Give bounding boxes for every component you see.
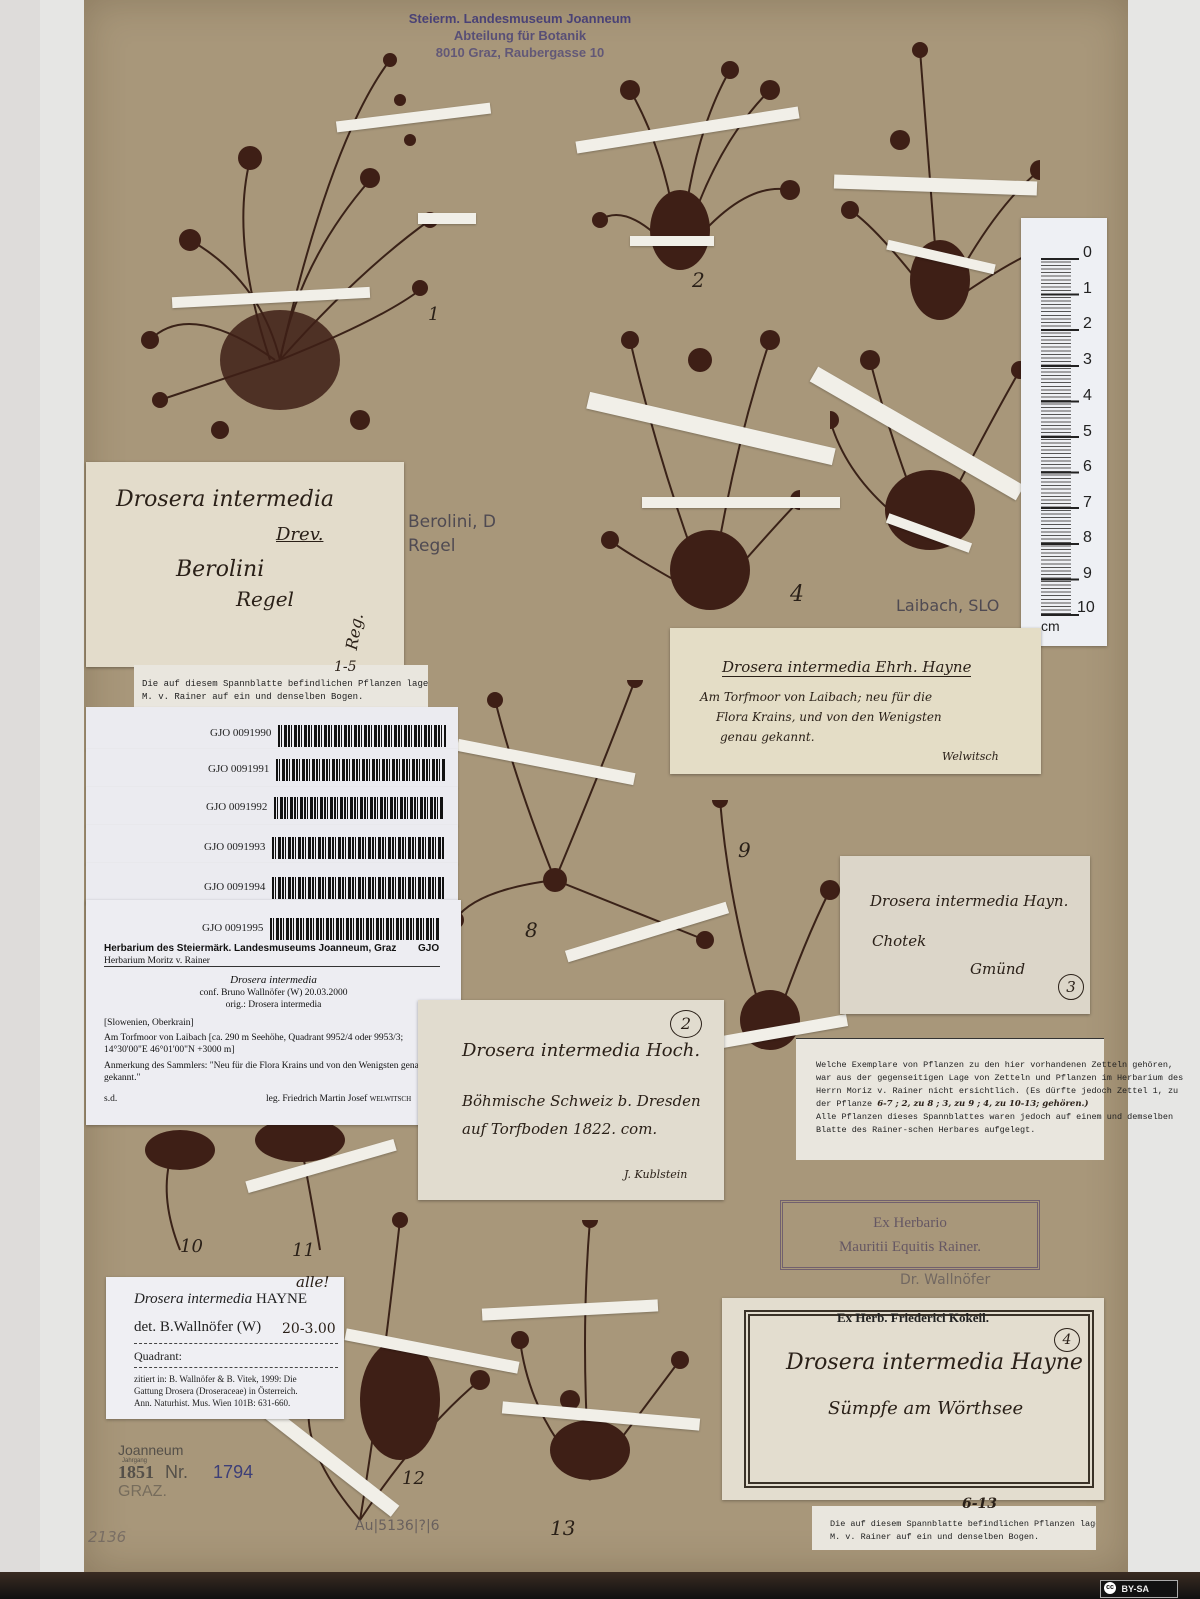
printed-note-mid-line6: Blatte des Rainer-schen Herbares aufgele… [816, 1124, 1104, 1137]
pencil-note-laibach: Laibach, SLO [896, 596, 999, 615]
barcode-icon [278, 725, 446, 747]
label-hochstetter-habitat: auf Torfboden 1822. com. [462, 1120, 657, 1138]
label-laibach-title: Drosera intermedia Ehrh. Hayne [722, 658, 971, 677]
locality: Am Torfmoor von Laibach [ca. 290 m Seehö… [104, 1032, 444, 1056]
barcode-label: GJO 0091994 [86, 863, 458, 904]
label-hochstetter-locality: Böhmische Schweiz b. Dresden [462, 1092, 701, 1110]
printed-note-bottom-annotation: 6-13 [962, 1498, 997, 1511]
label-laibach-line2: Flora Krains, und von den Wenigsten [716, 710, 942, 724]
det-taxon: Drosera intermedia [134, 1291, 252, 1307]
printed-note-top-line1: Die auf diesem Spannblatte befindlichen … [142, 678, 428, 691]
barcode-icon [276, 759, 446, 781]
plant-specimen-1 [130, 40, 460, 460]
printed-note-mid-line4-values: 6-7 ; 2, zu 8 ; 3, zu 9 ; 4, zu 10-13; g… [877, 1099, 1088, 1109]
barcode-label: GJO 0091991 [86, 749, 458, 788]
joanneum-nr-label: Nr. [165, 1462, 188, 1482]
barcode-label: GJO 0091990 [86, 707, 458, 750]
collection-date: s.d. [104, 1094, 117, 1104]
det-date: 20-3.00 [282, 1321, 336, 1337]
label-berolini-author: Drev. [276, 524, 323, 545]
barcode-label: GJO 0091992 [86, 787, 458, 826]
pencil-note-berolini-line2: Regel [408, 534, 496, 558]
specimen-number-1: 1 [428, 304, 439, 325]
joanneum-nr-value: 1794 [213, 1462, 253, 1482]
kokeil-number: 4 [1054, 1328, 1080, 1352]
joanneum-year: 1851 [118, 1462, 154, 1482]
kokeil-header: Ex Herb. Friederici Kokeil. [722, 1310, 1104, 1326]
scale-ruler: 0 1 2 3 4 5 6 7 8 9 10 cm [1021, 218, 1107, 646]
ruler-mark-10: 10 [1077, 599, 1095, 617]
ruler-mark-5: 5 [1083, 423, 1092, 441]
ruler-mark-2: 2 [1083, 315, 1092, 333]
label-hochstetter-taxon: Drosera intermedia Hoch. [462, 1040, 700, 1061]
printed-note-mid-line1: Welche Exemplare von Pflanzen zu den hie… [816, 1059, 1104, 1072]
barcode-id: GJO 0091993 [204, 841, 265, 853]
plant-specimen-13 [510, 1220, 690, 1500]
printed-note-bottom-line2: M. v. Rainer auf ein und denselben Bogen… [830, 1531, 1096, 1544]
label-hochstetter: 2 Drosera intermedia Hoch. Böhmische Sch… [418, 1000, 724, 1200]
barcode-id: GJO 0091995 [202, 922, 263, 934]
barcode-icon [274, 797, 444, 819]
label-berolini-taxon: Drosera intermedia [116, 487, 334, 512]
printed-note-top-annotation: 1-5 [334, 661, 357, 674]
label-kokeil: Ex Herb. Friederici Kokeil. 4 Drosera in… [722, 1298, 1104, 1500]
photo-background-left [0, 0, 40, 1572]
label-chotek-taxon: Drosera intermedia Hayn. [870, 892, 1068, 910]
det-taxon-line: Drosera intermedia HAYNE [134, 1291, 307, 1308]
collector-prefix: leg. Friedrich Martin Josef [266, 1094, 367, 1104]
ruler-mark-3: 3 [1083, 351, 1092, 369]
barcode-label: GJO 0091993 [86, 825, 458, 864]
printed-note-bottom-line1: Die auf diesem Spannblatte befindlichen … [830, 1518, 1096, 1531]
joanneum-accession-stamp: Joanneum Jahrgang 1851 Nr. 1794 GRAZ. [118, 1442, 253, 1501]
kokeil-locality: Sümpfe am Wörthsee [828, 1398, 1023, 1419]
label-laibach: Drosera intermedia Ehrh. Hayne Am Torfmo… [670, 628, 1041, 774]
label-laibach-line1: Am Torfmoor von Laibach; neu für die [700, 690, 932, 704]
specimen-number-9: 9 [738, 838, 751, 862]
det-prefix: det. [134, 1319, 156, 1335]
det-citation-line3: Ann. Naturhist. Mus. Wien 101B: 631-660. [134, 1397, 298, 1409]
printed-note-mid-line2: war aus der gegenseitigen Lage von Zette… [816, 1072, 1104, 1085]
det-quadrant-label: Quadrant: [134, 1349, 182, 1364]
plant-specimen-4 [600, 320, 800, 620]
det-author: HAYNE [256, 1291, 307, 1307]
printed-note-mid-line4-prefix: der Pflanze [816, 1099, 872, 1109]
label-chotek: Drosera intermedia Hayn. Chotek Gmünd 3 [840, 856, 1090, 1014]
ruler-mark-6: 6 [1083, 458, 1092, 476]
barcode-icon [270, 918, 440, 940]
plant-specimen-2 [590, 30, 800, 290]
barcode-icon [272, 837, 444, 859]
tape-strip [418, 213, 476, 224]
herbarium-main-label: GJO 0091995 Herbarium des Steiermärk. La… [86, 900, 461, 1125]
pencil-note-bottom-left: 2136 [88, 1528, 126, 1546]
license-text: BY-SA [1122, 1584, 1150, 1594]
stamp-line-1: Steierm. Landesmuseum Joanneum [370, 10, 670, 27]
barcode-id: GJO 0091990 [210, 727, 271, 739]
specimen-number-12: 12 [402, 1468, 425, 1489]
label-chotek-number: 3 [1058, 974, 1084, 1000]
joanneum-stamp-line1: Joanneum [118, 1442, 253, 1458]
specimen-number-13: 13 [550, 1516, 575, 1540]
det-alle-note: alle! [296, 1273, 329, 1291]
ruler-major-ticks [1041, 258, 1079, 616]
specimen-number-2: 2 [692, 268, 705, 292]
det-citation: zitiert in: B. Wallnöfer & B. Vitek, 199… [134, 1373, 298, 1409]
printed-note-mid-line3: Herrn Moriz v. Rainer nicht ersichtlich.… [816, 1085, 1104, 1098]
barcode-id: GJO 0091992 [206, 801, 267, 813]
ruler-mark-4: 4 [1083, 387, 1092, 405]
collector-surname: Welwitsch [370, 1094, 411, 1104]
confirmation: conf. Bruno Wallnöfer (W) 20.03.2000 [86, 988, 461, 998]
pencil-note-rainer: Dr. Wallnöfer [900, 1272, 990, 1288]
pencil-note-berolini-line1: Berolini, D [408, 510, 496, 534]
divider [134, 1367, 338, 1368]
label-laibach-line3: genau gekannt. [720, 730, 815, 744]
specimen-number-8: 8 [525, 918, 538, 942]
printed-note-bottom: Die auf diesem Spannblatte befindlichen … [812, 1506, 1096, 1550]
tape-strip [642, 497, 840, 508]
joanneum-stamp-number-line: 1851 Nr. 1794 [118, 1462, 253, 1483]
institution-name: Herbarium des Steiermärk. Landesmuseums … [104, 943, 396, 954]
det-name: B.Wallnöfer (W) [160, 1319, 261, 1335]
printed-note-mid: Welche Exemplare von Pflanzen zu den hie… [796, 1038, 1104, 1160]
stamp-ex-herbario-rainer: Ex Herbario Mauritii Equitis Rainer. [780, 1200, 1040, 1270]
printed-note-mid-line5: Alle Pflanzen dieses Spannblattes waren … [816, 1111, 1104, 1124]
ruler-mark-8: 8 [1083, 529, 1092, 547]
taxon-name: Drosera intermedia [86, 974, 461, 986]
creative-commons-icon: cc [1104, 1582, 1116, 1594]
label-chotek-locality: Gmünd [970, 960, 1025, 978]
label-hochstetter-number: 2 [670, 1010, 702, 1038]
label-berolini-locality: Berolini [176, 557, 264, 582]
photo-bottom-edge [0, 1572, 1200, 1599]
label-berolini: Drosera intermedia Drev. Berolini Regel … [86, 462, 404, 667]
original-name: orig.: Drosera intermedia [86, 1000, 461, 1010]
det-citation-line2: Gattung Drosera (Droseraceae) in Österre… [134, 1385, 298, 1397]
joanneum-city: GRAZ. [118, 1483, 253, 1501]
ruler-unit: cm [1041, 618, 1060, 634]
ruler-mark-0: 0 [1083, 244, 1092, 262]
tape-strip [630, 236, 714, 246]
label-chotek-collector: Chotek [872, 932, 926, 950]
barcode-icon [272, 877, 444, 899]
barcode-id: GJO 0091994 [204, 881, 265, 893]
printed-note-top-line2: M. v. Rainer auf ein und denselben Bogen… [142, 691, 428, 704]
label-berolini-collector: Regel [236, 587, 294, 611]
pencil-note-bottom-mid: Au|5136|?|6 [355, 1518, 440, 1534]
pencil-note-berolini: Berolini, D Regel [408, 510, 496, 558]
det-line: det. B.Wallnöfer (W) [134, 1319, 261, 1336]
license-badge: cc BY-SA [1100, 1580, 1178, 1598]
ruler-mark-9: 9 [1083, 565, 1092, 583]
kokeil-taxon: Drosera intermedia Hayne [786, 1350, 1083, 1375]
label-laibach-signature: Welwitsch [942, 750, 999, 763]
ruler-mark-7: 7 [1083, 494, 1092, 512]
collection-name: Herbarium Moritz v. Rainer [104, 956, 440, 967]
stamp-rainer-line2: Mauritii Equitis Rainer. [783, 1235, 1037, 1259]
collector: leg. Friedrich Martin Josef Welwitsch [266, 1094, 411, 1104]
institution-code: GJO [418, 943, 439, 954]
barcode-id: GJO 0091991 [208, 763, 269, 775]
determination-label: Drosera intermedia HAYNE alle! det. B.Wa… [106, 1277, 344, 1419]
det-citation-line1: zitiert in: B. Wallnöfer & B. Vitek, 199… [134, 1373, 298, 1385]
stamp-rainer-line1: Ex Herbario [783, 1211, 1037, 1235]
label-berolini-signature: Reg. [342, 612, 367, 652]
printed-note-top: Die auf diesem Spannblatte befindlichen … [134, 665, 428, 707]
region: [Slowenien, Oberkrain] [104, 1018, 194, 1028]
label-hochstetter-signature: J. Kublstein [624, 1168, 687, 1181]
ruler-mark-1: 1 [1083, 280, 1092, 298]
divider [134, 1343, 338, 1344]
collector-note: Anmerkung des Sammlers: "Neu für die Flo… [104, 1060, 444, 1084]
specimen-number-11: 11 [292, 1240, 315, 1261]
specimen-number-10: 10 [180, 1236, 203, 1257]
specimen-number-4: 4 [790, 582, 804, 607]
printed-note-mid-line4: der Pflanze 6-7 ; 2, zu 8 ; 3, zu 9 ; 4,… [816, 1098, 1104, 1111]
